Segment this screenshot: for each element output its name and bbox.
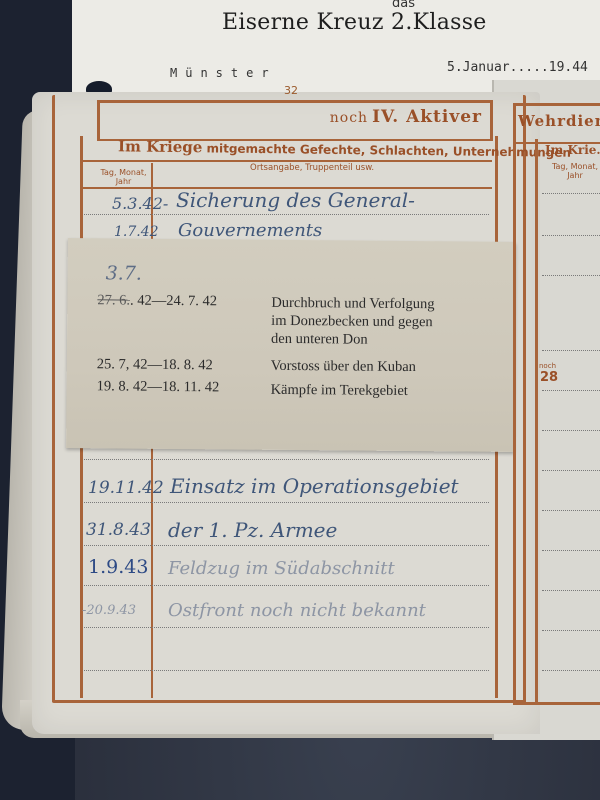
column-header-date: Tag, Monat, Jahr <box>96 168 151 186</box>
slip-entry-dates: 27. 6.. 42—24. 7. 42 <box>97 292 217 310</box>
ruled-line <box>84 627 489 628</box>
slip-entry: 25. 7, 42—18. 8. 42 <box>97 356 213 374</box>
entry-text: Ostfront noch nicht bekannt <box>168 600 426 621</box>
right-page-frame-bottom <box>513 702 600 705</box>
ruled-line <box>542 510 600 511</box>
ruled-line <box>84 585 489 586</box>
entry-date: -20.9.43 <box>82 603 136 618</box>
slip-entry: 19. 8. 42—18. 11. 42 <box>97 378 220 396</box>
entry-date: 1.9.43 <box>88 556 148 578</box>
ruled-line <box>84 502 489 503</box>
ruled-line <box>542 390 600 391</box>
slip-entry-description: Vorstoss über den Kuban <box>271 358 416 376</box>
certificate-title: Eiserne Kreuz 2.Klasse <box>222 10 487 35</box>
certificate-place: Münster <box>170 66 277 80</box>
ruled-line <box>542 275 600 276</box>
entry-text: Feldzug im Südabschnitt <box>168 558 395 579</box>
ruled-line <box>542 470 600 471</box>
ruled-line <box>542 430 600 431</box>
slip-entry: 27. 6.. 42—24. 7. 42 <box>97 292 217 310</box>
column-header-place: Ortsangabe, Truppenteil usw. <box>250 163 374 173</box>
ruled-line <box>542 235 600 236</box>
right-page-column-header-date: Tag, Monat, Jahr <box>545 162 600 180</box>
section-title-lead: Im Kriege <box>118 137 203 156</box>
right-page-header: Wehrdienst <box>518 112 600 130</box>
right-page-number: 28 <box>540 370 558 385</box>
entry-date: 5.3.42- <box>112 194 168 213</box>
entry-text: Gouvernements <box>178 220 322 241</box>
slip-entry-description: Durchbruch und Verfolgung im Donezbecken… <box>271 294 435 349</box>
ruled-line <box>542 193 600 194</box>
right-page-column-line <box>535 139 538 704</box>
right-page-section-title: Im Krie... <box>545 143 600 157</box>
ruled-line <box>84 214 489 215</box>
slip-entry-dates: 25. 7, 42—18. 8. 42 <box>97 356 213 374</box>
header-rule <box>82 160 492 162</box>
right-page-noch-label: noch <box>539 362 556 370</box>
entry-date: 31.8.43 <box>86 520 151 540</box>
pasted-typed-slip: 3.7. 27. 6.. 42—24. 7. 42 Durchbruch und… <box>66 238 516 452</box>
ruled-line <box>542 350 600 351</box>
ruled-line <box>84 670 489 671</box>
slip-entry-description: Kämpfe im Terekgebiet <box>271 382 408 400</box>
header-prefix: noch <box>330 110 368 126</box>
ruled-line <box>542 550 600 551</box>
certificate-date: 5.Januar.....19.44 <box>447 60 588 75</box>
ruled-line <box>542 630 600 631</box>
page-header-box: nochIV. Aktiver <box>97 100 493 141</box>
entry-text: Sicherung des General- <box>176 188 415 212</box>
entry-date: 19.11.42 <box>88 478 164 498</box>
ruled-line <box>542 590 600 591</box>
ruled-line <box>542 670 600 671</box>
entry-text: der 1. Pz. Armee <box>168 518 337 542</box>
ruled-line <box>84 545 489 546</box>
struck-date: 27. 6. <box>97 292 130 308</box>
ruled-line <box>84 459 489 460</box>
entry-text: Einsatz im Operationsgebiet <box>170 474 459 498</box>
slip-entry-dates: 19. 8. 42—18. 11. 42 <box>97 378 220 396</box>
page-header-title: nochIV. Aktiver <box>330 107 482 127</box>
header-title: IV. Aktiver <box>372 107 482 127</box>
handwritten-correction: 3.7. <box>106 262 142 284</box>
